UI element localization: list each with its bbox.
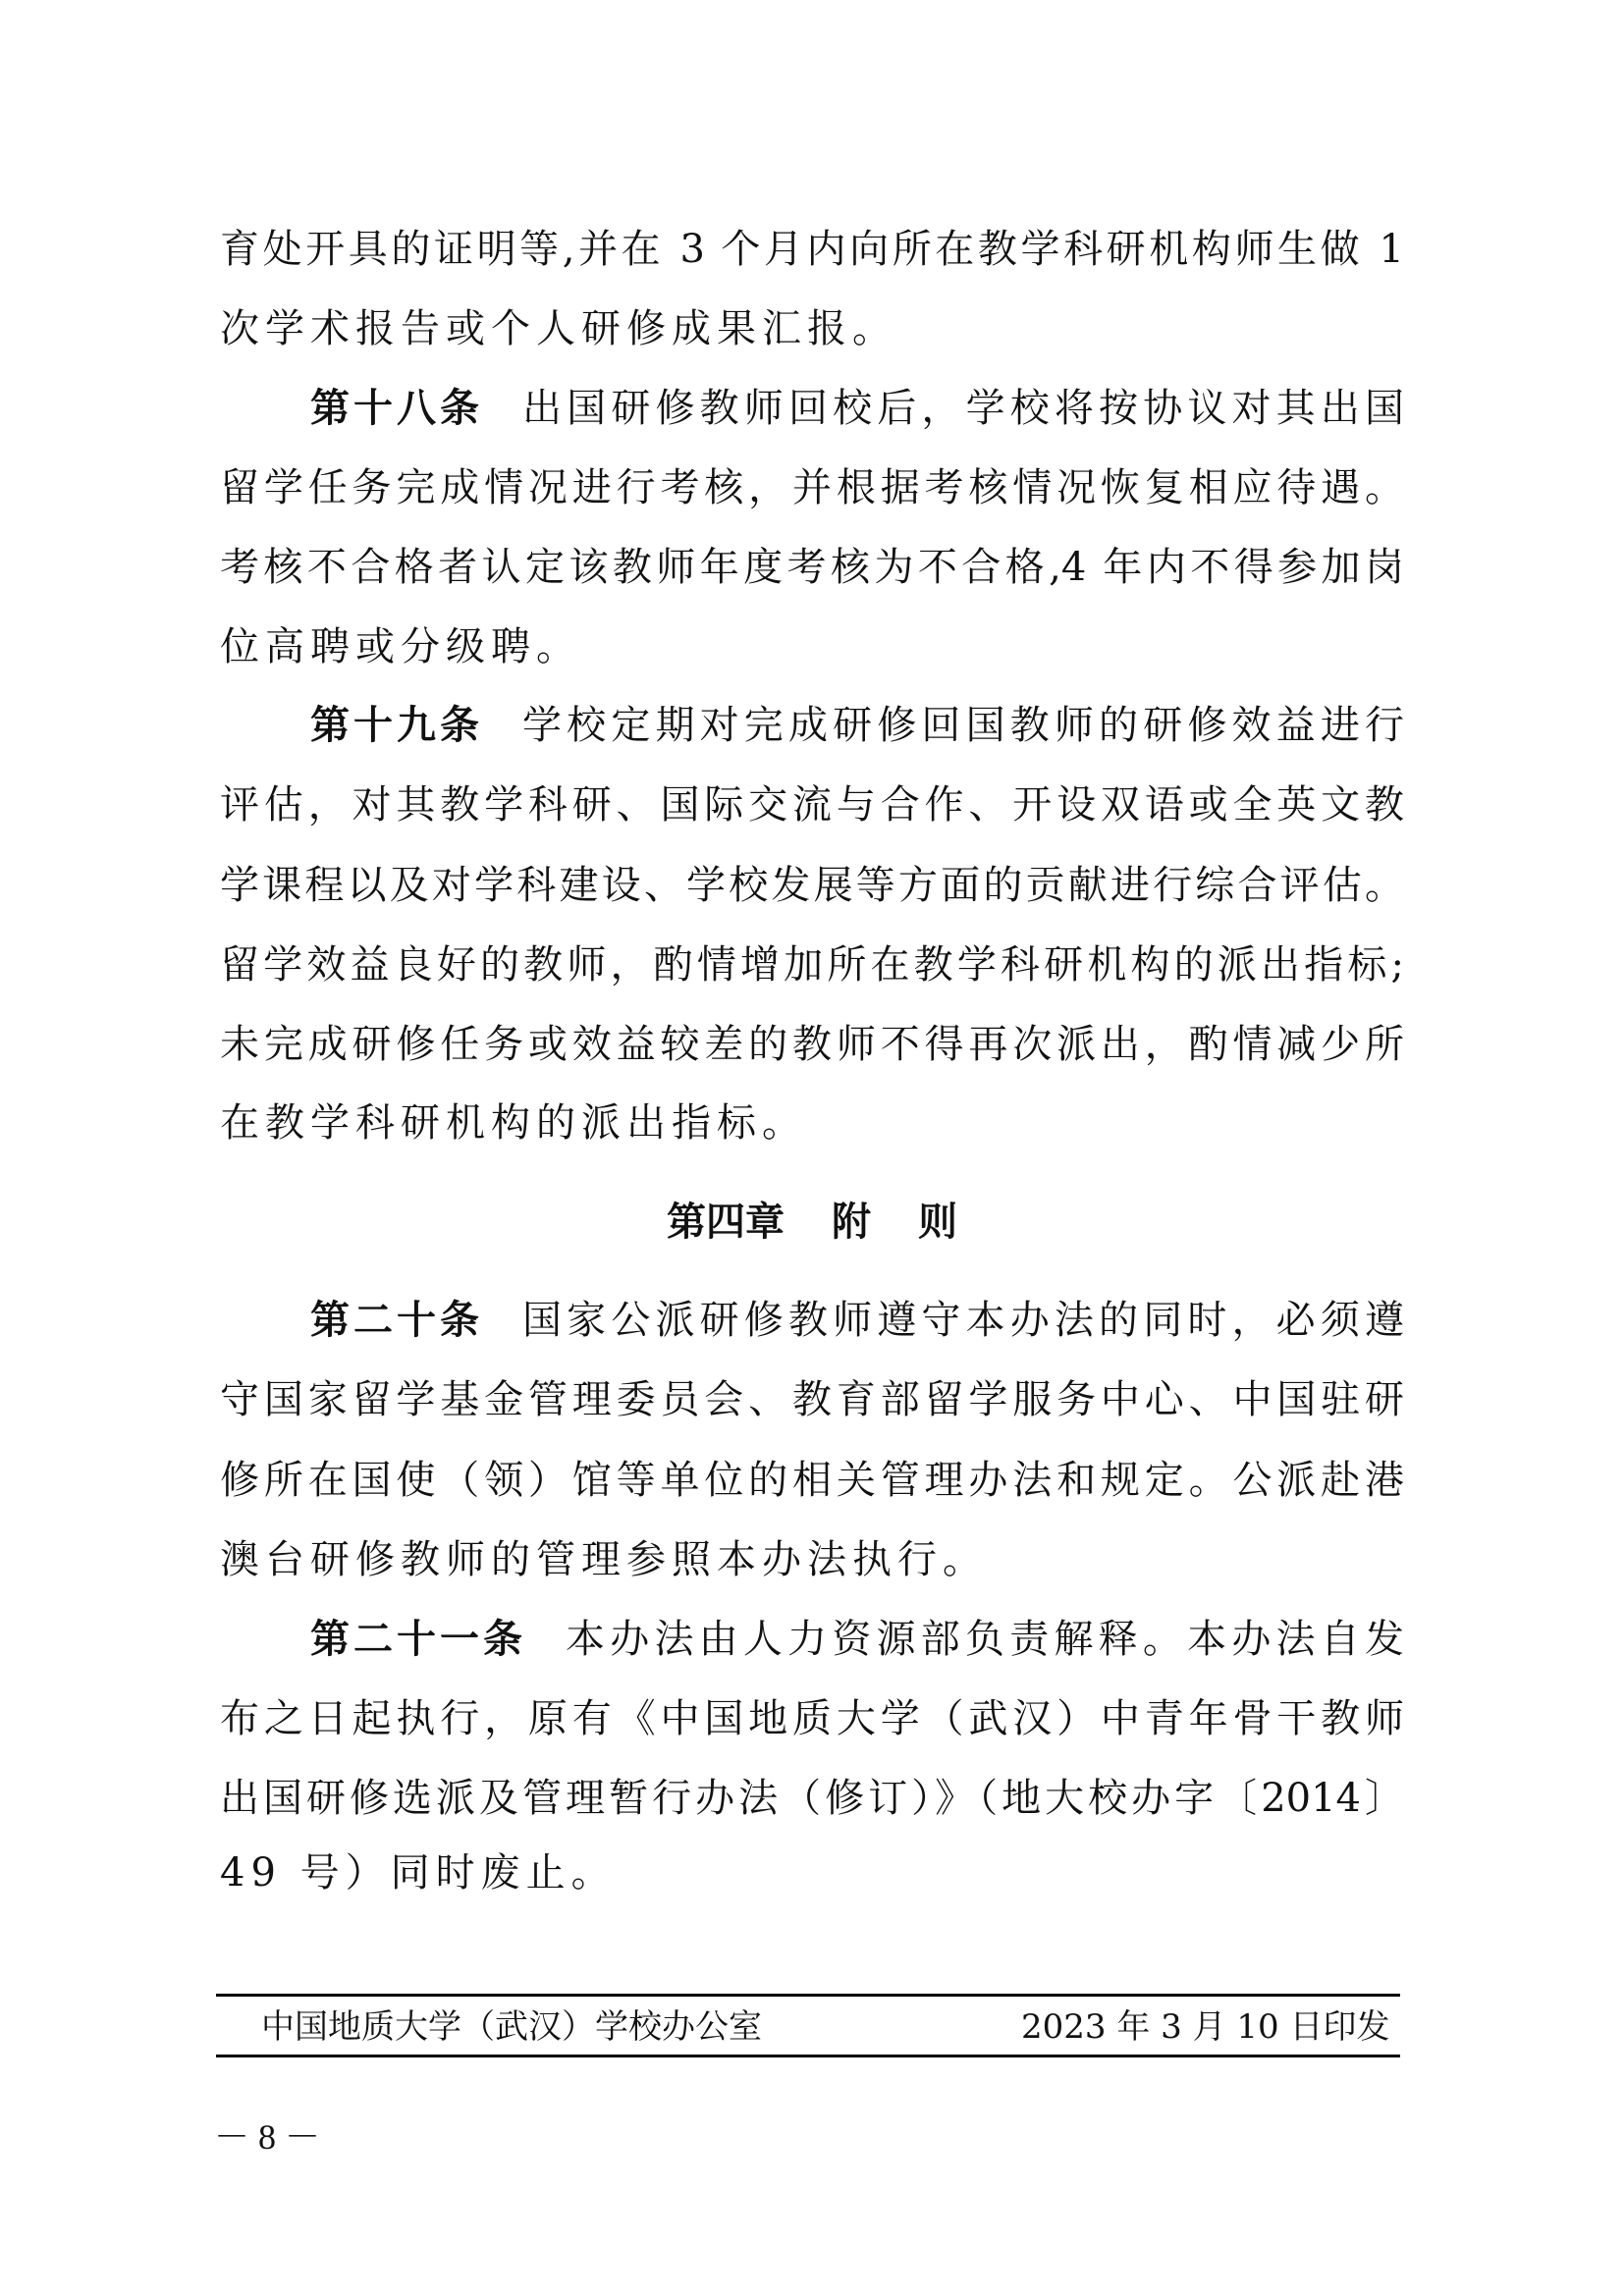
body-line: 次学术报告或个人研修成果汇报。 xyxy=(220,299,1404,358)
body-line: 澳台研修教师的管理参照本办法执行。 xyxy=(220,1530,1404,1589)
body-line: 学课程以及对学科建设、学校发展等方面的贡献进行综合评估。 xyxy=(220,856,1404,915)
body-line: 位高聘或分级聘。 xyxy=(220,617,1404,676)
article-20-first-line: 第二十条 国家公派研修教师遵守本办法的同时，必须遵 xyxy=(310,1291,1404,1350)
body-text: 澳台研修教师的管理参照本办法执行。 xyxy=(220,1530,988,1589)
body-line: 守国家留学基金管理委员会、教育部留学服务中心、中国驻研 xyxy=(220,1370,1404,1429)
body-text: 本办法由人力资源部负责解释。本办法自发 xyxy=(566,1610,1404,1669)
body-text: 留学效益良好的教师，酌情增加所在教学科研机构的派出指标; xyxy=(220,935,1404,994)
body-text: 学校定期对完成研修回国教师的研修效益进行 xyxy=(522,696,1404,755)
body-text: 学课程以及对学科建设、学校发展等方面的贡献进行综合评估。 xyxy=(220,856,1404,915)
body-text: 守国家留学基金管理委员会、教育部留学服务中心、中国驻研 xyxy=(220,1370,1404,1429)
footer-top-rule xyxy=(216,1994,1400,1997)
article-label: 第二十一条 xyxy=(310,1610,526,1669)
body-line: 考核不合格者认定该教师年度考核为不合格,4 年内不得参加岗 xyxy=(220,538,1404,597)
body-line: 留学效益良好的教师，酌情增加所在教学科研机构的派出指标; xyxy=(220,935,1404,994)
body-text: 国家公派研修教师遵守本办法的同时，必须遵 xyxy=(522,1291,1404,1350)
body-text: 育处开具的证明等,并在 3 个月内向所在教学科研机构师生做 1 xyxy=(220,220,1404,279)
article-label: 第二十条 xyxy=(310,1291,483,1350)
body-text: 考核不合格者认定该教师年度考核为不合格,4 年内不得参加岗 xyxy=(220,538,1404,597)
body-text: 留学任务完成情况进行考核，并根据考核情况恢复相应待遇。 xyxy=(220,458,1404,517)
page-number: － 8 － xyxy=(214,2115,320,2159)
body-text: 49 号）同时废止。 xyxy=(220,1843,617,1902)
body-line: 未完成研修任务或效益较差的教师不得再次派出，酌情减少所 xyxy=(220,1015,1404,1074)
body-text: 出国研修教师回校后，学校将按协议对其出国 xyxy=(522,379,1404,438)
body-text: 次学术报告或个人研修成果汇报。 xyxy=(220,299,897,358)
body-line: 布之日起执行，原有《中国地质大学（武汉）中青年骨干教师 xyxy=(220,1689,1404,1748)
body-line: 评估，对其教学科研、国际交流与合作、开设双语或全英文教 xyxy=(220,775,1404,834)
body-text: 布之日起执行，原有《中国地质大学（武汉）中青年骨干教师 xyxy=(220,1689,1404,1748)
body-line: 修所在国使（领）馆等单位的相关管理办法和规定。公派赴港 xyxy=(220,1451,1404,1510)
article-19-first-line: 第十九条 学校定期对完成研修回国教师的研修效益进行 xyxy=(310,696,1404,755)
article-label: 第十九条 xyxy=(310,696,483,755)
body-text: 评估，对其教学科研、国际交流与合作、开设双语或全英文教 xyxy=(220,775,1404,834)
footer-issue-date: 2023 年 3 月 10 日印发 xyxy=(1021,2002,1389,2052)
body-text: 在教学科研机构的派出指标。 xyxy=(220,1094,807,1152)
body-line: 出国研修选派及管理暂行办法（修订）》（地大校办字〔2014〕 xyxy=(220,1769,1404,1828)
chapter-number: 第四章 xyxy=(667,1200,785,1245)
article-18-first-line: 第十八条 出国研修教师回校后，学校将按协议对其出国 xyxy=(310,379,1404,438)
footer-issuer: 中国地质大学（武汉）学校办公室 xyxy=(261,2002,762,2052)
chapter-heading: 第四章附则 xyxy=(0,1193,1624,1252)
body-text: 出国研修选派及管理暂行办法（修订）》（地大校办字〔2014〕 xyxy=(220,1769,1404,1828)
body-line: 49 号）同时废止。 xyxy=(220,1843,1404,1902)
chapter-title-part2: 则 xyxy=(918,1200,957,1245)
chapter-title-part1: 附 xyxy=(832,1200,871,1245)
body-line: 在教学科研机构的派出指标。 xyxy=(220,1094,1404,1152)
footer-bottom-rule xyxy=(216,2055,1400,2057)
article-21-first-line: 第二十一条 本办法由人力资源部负责解释。本办法自发 xyxy=(310,1610,1404,1669)
article-label: 第十八条 xyxy=(310,379,483,438)
body-text: 修所在国使（领）馆等单位的相关管理办法和规定。公派赴港 xyxy=(220,1451,1404,1510)
document-page: 育处开具的证明等,并在 3 个月内向所在教学科研机构师生做 1 次学术报告或个人… xyxy=(0,0,1624,2296)
body-text: 未完成研修任务或效益较差的教师不得再次派出，酌情减少所 xyxy=(220,1015,1404,1074)
body-text: 位高聘或分级聘。 xyxy=(220,617,581,676)
body-line: 留学任务完成情况进行考核，并根据考核情况恢复相应待遇。 xyxy=(220,458,1404,517)
body-line: 育处开具的证明等,并在 3 个月内向所在教学科研机构师生做 1 xyxy=(220,220,1404,279)
